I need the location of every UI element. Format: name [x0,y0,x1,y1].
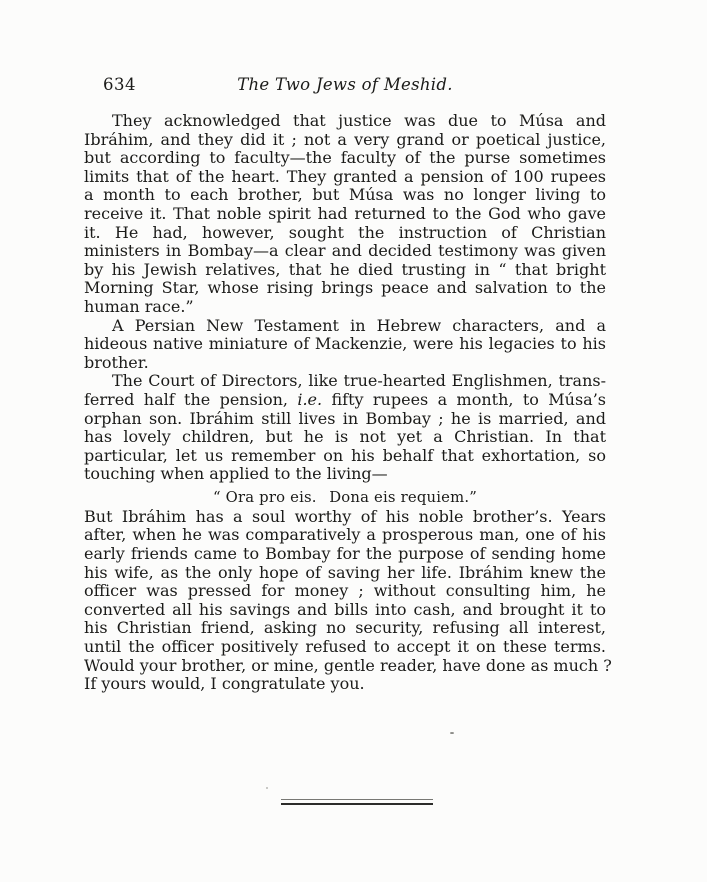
rule-top-line [281,799,433,800]
text-line: early friends came to Bombay for the pur… [84,545,606,564]
text-line: orphan son. Ibráhim still lives in Bomba… [84,410,606,429]
latin-quote-line: “ Ora pro eis. Dona eis requiem.” [84,488,606,507]
text-line: converted all his savings and bills into… [84,601,606,620]
rule-bottom-line [281,803,433,805]
scanned-book-page: 634 The Two Jews of Meshid. They acknowl… [0,0,707,882]
text-line: Ibráhim, and they did it ; not a very gr… [84,131,606,150]
text-line: his Christian friend, asking no security… [84,619,606,638]
text-line: touching when applied to the living— [84,465,606,484]
text-line: has lovely children, but he is not yet a… [84,428,606,447]
text-line: Morning Star, whose rising brings peace … [84,279,606,298]
text-line: A Persian New Testament in Hebrew charac… [84,317,606,336]
text-line: brother. [84,354,606,373]
text-line: receive it. That noble spirit had return… [84,205,606,224]
italic-abbreviation: i.e. [297,390,322,409]
text-line: But Ibráhim has a soul worthy of his nob… [84,508,606,527]
text-line: The Court of Directors, like true-hearte… [84,372,606,391]
text-line: a month to each brother, but Músa was no… [84,186,606,205]
scan-speck [450,732,454,734]
text-line: Would your brother, or mine, gentle read… [84,657,606,676]
scan-speck [266,787,268,789]
text-line: his wife, as the only hope of saving her… [84,564,606,583]
running-header: 634 The Two Jews of Meshid. [84,75,606,95]
text-segment: fifty rupees a month, to Músa’s [322,390,606,409]
text-line: limits that of the heart. They granted a… [84,168,606,187]
text-segment: ferred half the pension, [84,390,297,409]
body-text: They acknowledged that justice was due t… [84,112,606,694]
text-line: particular, let us remember on his behal… [84,447,606,466]
text-line: by his Jewish relatives, that he died tr… [84,261,606,280]
text-line: until the officer positively refused to … [84,638,606,657]
text-line: but according to faculty—the faculty of … [84,149,606,168]
text-line: ministers in Bombay—a clear and decided … [84,242,606,261]
text-line: officer was pressed for money ; without … [84,582,606,601]
running-title: The Two Jews of Meshid. [84,75,606,94]
text-line: human race.” [84,298,606,317]
text-line: They acknowledged that justice was due t… [84,112,606,131]
end-of-article-rule [281,799,433,805]
text-line: hideous native miniature of Mackenzie, w… [84,335,606,354]
text-line: after, when he was comparatively a prosp… [84,526,606,545]
text-line: If yours would, I congratulate you. [84,675,606,694]
text-line: it. He had, however, sought the instruct… [84,224,606,243]
text-line: ferred half the pension, i.e. fifty rupe… [84,391,606,410]
